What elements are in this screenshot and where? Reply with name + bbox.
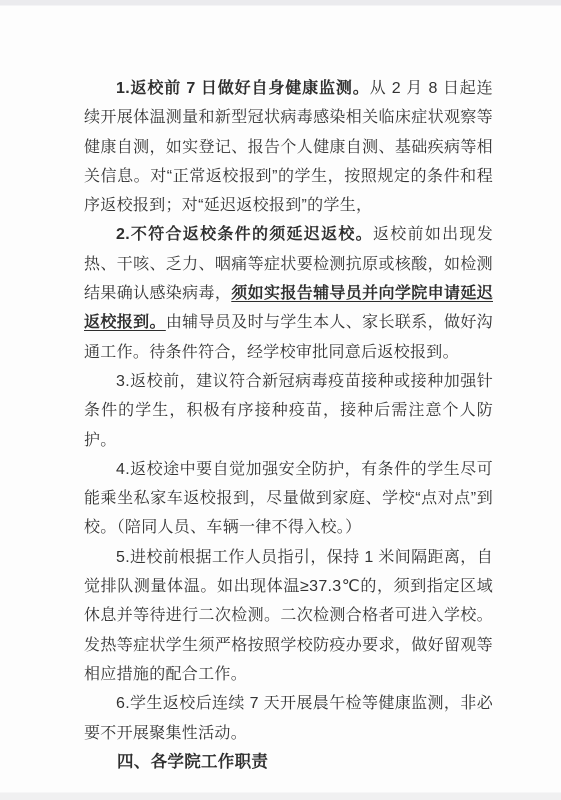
paragraph-4: 4.返校途中要自觉加强安全防护，有条件的学生尽可能乘坐私家车返校报到，尽量做到家… <box>84 455 493 543</box>
paragraph-1-bold-lead: 1.返校前 7 日做好自身健康监测。 <box>116 80 370 97</box>
paragraph-5-text: 5.进校前根据工作人员指引，保持 1 米间隔距离，自觉排队测量体温。如出现体温≥… <box>84 549 493 683</box>
paragraph-6-text: 6.学生返校后连续 7 天开展晨午检等健康监测，非必要不开展聚集性活动。 <box>84 695 493 741</box>
document-body: 1.返校前 7 日做好自身健康监测。从 2 月 8 日起连续开展体温测量和新型冠… <box>0 5 561 777</box>
document-page: 1.返校前 7 日做好自身健康监测。从 2 月 8 日起连续开展体温测量和新型冠… <box>0 0 561 800</box>
paragraph-2-bold-lead: 2.不符合返校条件的须延迟返校。 <box>116 226 373 243</box>
bottom-edge-strip <box>0 792 561 800</box>
paragraph-4-text: 4.返校途中要自觉加强安全防护，有条件的学生尽可能乘坐私家车返校报到，尽量做到家… <box>84 461 493 537</box>
paragraph-6: 6.学生返校后连续 7 天开展晨午检等健康监测，非必要不开展聚集性活动。 <box>84 689 493 748</box>
paragraph-3-text: 3.返校前，建议符合新冠病毒疫苗接种或接种加强针条件的学生，积极有序接种疫苗，接… <box>84 373 493 449</box>
paragraph-2: 2.不符合返校条件的须延迟返校。返校前如出现发热、干咳、乏力、咽痛等症状要检测抗… <box>84 220 493 366</box>
paragraph-3: 3.返校前，建议符合新冠病毒疫苗接种或接种加强针条件的学生，积极有序接种疫苗，接… <box>84 367 493 455</box>
section-heading: 四、各学院工作职责 <box>84 748 493 777</box>
paragraph-1-text: 从 2 月 8 日起连续开展体温测量和新型冠状病毒感染相关临床症状观察等健康自测… <box>84 80 493 214</box>
paragraph-1: 1.返校前 7 日做好自身健康监测。从 2 月 8 日起连续开展体温测量和新型冠… <box>84 74 493 220</box>
paragraph-5: 5.进校前根据工作人员指引，保持 1 米间隔距离，自觉排队测量体温。如出现体温≥… <box>84 543 493 689</box>
